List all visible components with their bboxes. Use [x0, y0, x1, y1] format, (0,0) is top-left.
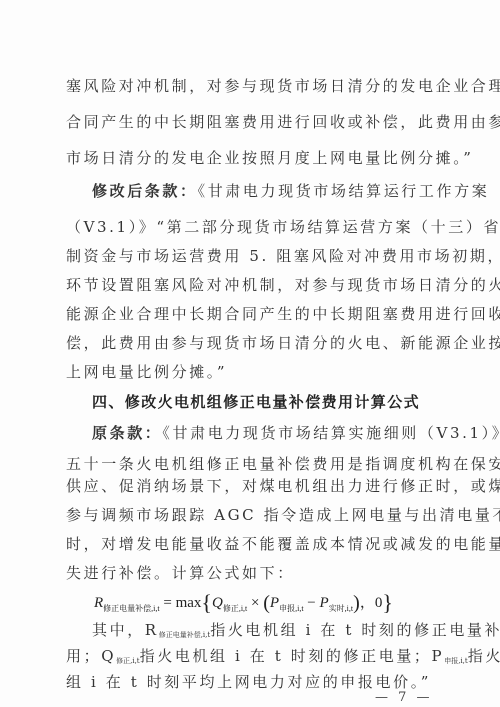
- explanation-text: 指火电机组 i 在 t 时刻的修正电量补偿费: [210, 621, 500, 639]
- formula-P-realtime-subscript: 实时,i,t: [329, 604, 353, 613]
- P-subscript: 申报,i,t: [444, 657, 468, 665]
- open-brace: {: [201, 590, 212, 615]
- page-number: — 7 —: [375, 690, 433, 705]
- original-clause-text: 《甘肃电力现货市场结算实施细则（V3.1）》“第: [162, 424, 500, 442]
- formula-R-subscript: 修正电量补偿,i,t: [103, 604, 159, 613]
- body-text-line: 参与调频市场跟踪 AGC 指令造成上网电量与出清电量不一致: [66, 505, 434, 525]
- explanation-text: 指火电机组 i 在 t 时刻的修正电量；P: [140, 647, 445, 665]
- body-text-line: 能源企业合理中长期合同产生的中长期阻塞费用进行回收或补: [66, 304, 434, 324]
- body-text-line: 环节设置阻塞风险对冲机制，对参与现货市场日清分的火电、新: [66, 275, 434, 295]
- body-text-line: 五十一条火电机组修正电量补偿费用是指调度机构在保安全、保: [66, 454, 434, 474]
- explanation-text: 用；Q: [66, 647, 116, 665]
- formula-minus: −: [304, 595, 320, 611]
- formula-zero: ，0: [360, 595, 383, 611]
- explanation-text: 其中，R: [92, 621, 159, 639]
- body-text-line: （V3.1）》“第二部分现货市场结算运营方案（十三）省间双轨: [66, 217, 434, 237]
- document-page: 塞风险对冲机制，对参与现货市场日清分的发电企业合理中长期 合同产生的中长期阻塞费…: [0, 0, 500, 707]
- formula-P-realtime: P: [320, 595, 329, 611]
- revised-clause-text: 《甘肃电力现货市场结算运行工作方案: [198, 182, 490, 200]
- revised-clause-line: 修改后条款：《甘肃电力现货市场结算运行工作方案: [92, 181, 434, 201]
- explanation-line: 用；Q修正,i,t指火电机组 i 在 t 时刻的修正电量；P申报,i,t指火电机: [66, 646, 434, 671]
- close-brace: }: [382, 590, 393, 615]
- explanation-line: 组 i 在 t 时刻平均上网电力对应的申报电价。”: [66, 672, 434, 692]
- formula-Q-subscript: 修正,i,t: [223, 604, 247, 613]
- formula-Q: Q: [212, 595, 223, 611]
- body-text-line: 偿，此费用由参与现货市场日清分的火电、新能源企业按照月度: [66, 333, 434, 353]
- section-heading: 四、修改火电机组修正电量补偿费用计算公式: [92, 392, 434, 412]
- formula-times: ×: [247, 595, 263, 611]
- formula-R: R: [94, 595, 103, 611]
- body-text-line: 失进行补偿。计算公式如下：: [66, 563, 434, 583]
- compensation-formula: R修正电量补偿,i,t = max{Q修正,i,t × (P申报,i,t − P…: [94, 590, 393, 616]
- body-text-line: 供应、促消纳场景下，对煤电机组出力进行修正时，或煤电机组: [66, 476, 434, 496]
- original-clause-label: 原条款：: [92, 424, 162, 442]
- Q-subscript: 修正,i,t: [116, 657, 140, 665]
- R-subscript: 修正电量补偿,i,t: [159, 631, 211, 639]
- open-paren: (: [263, 592, 270, 614]
- body-text-line: 合同产生的中长期阻塞费用进行回收或补偿，此费用由参与现货: [66, 112, 434, 132]
- body-text-line: 塞风险对冲机制，对参与现货市场日清分的发电企业合理中长期: [66, 76, 434, 96]
- explanation-text: 指火电机: [468, 647, 500, 665]
- formula-max: = max: [160, 595, 202, 611]
- original-clause-line: 原条款：《甘肃电力现货市场结算实施细则（V3.1）》“第: [92, 423, 434, 443]
- body-text-line: 制资金与市场运营费用 5. 阻塞风险对冲费用市场初期，在结算: [66, 246, 434, 266]
- close-paren: ): [353, 592, 360, 614]
- revised-clause-label: 修改后条款：: [92, 182, 198, 200]
- formula-P-declared: P: [270, 595, 279, 611]
- explanation-line: 其中，R修正电量补偿,i,t指火电机组 i 在 t 时刻的修正电量补偿费: [92, 620, 434, 645]
- body-text-line: 时，对增发电能量收益不能覆盖成本情况或减发的电能量收益损: [66, 534, 434, 554]
- body-text-line: 市场日清分的发电企业按照月度上网电量比例分摊。”: [66, 148, 434, 168]
- formula-P-declared-subscript: 申报,i,t: [279, 604, 303, 613]
- body-text-line: 上网电量比例分摊。”: [66, 362, 434, 382]
